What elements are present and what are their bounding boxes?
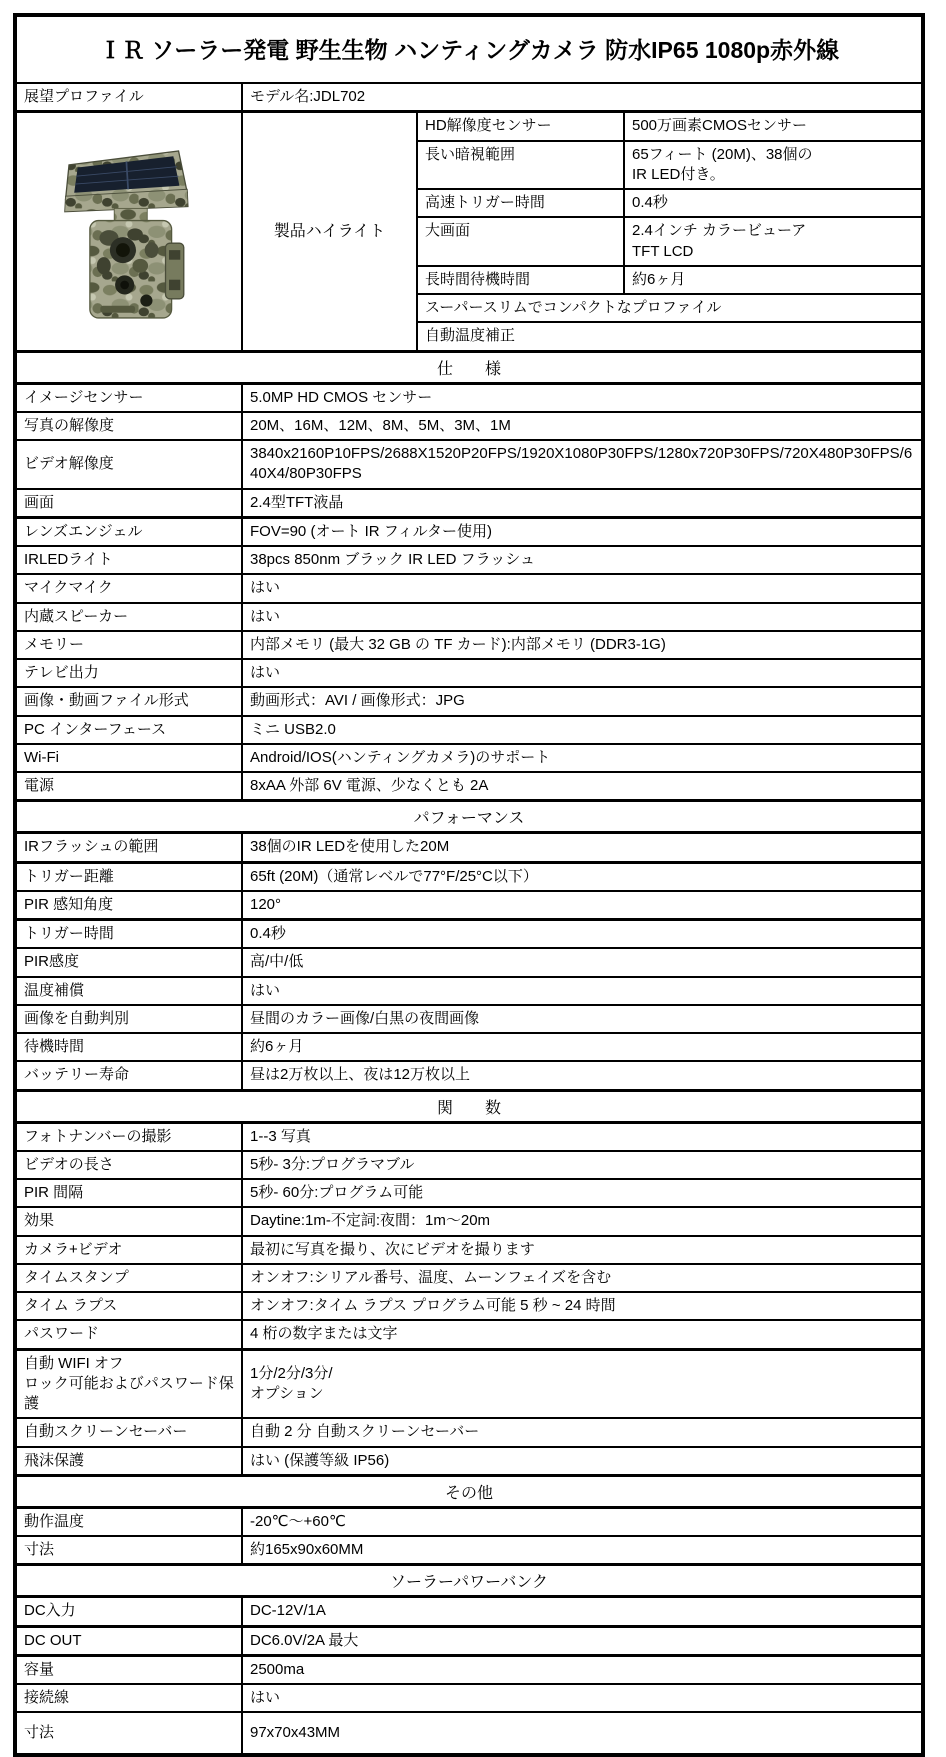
spec-value: Android/IOS(ハンティングカメラ)のサポート [243,745,921,773]
section-rows: フォトナンバーの撮影1--3 写真ビデオの長さ5秒- 3分:プログラマブルPIR… [17,1124,921,1474]
section-rows: IRフラッシュの範囲38個のIR LEDを使用した20Mトリガー距離65ft (… [17,834,921,1088]
highlights-grid: 製品ハイライト HD解像度センサー500万画素CMOSセンサー長い暗視範囲65フ… [17,113,921,349]
spec-label: 画面 [17,490,243,519]
profile-value: モデル名:JDL702 [243,84,921,110]
section-header: 関 数 [17,1089,921,1124]
spec-value: 約165x90x60MM [243,1537,921,1563]
spec-value: Daytine:1m-不定詞:夜間：1m〜20m [243,1208,921,1236]
highlight-value: 2.4インチ カラービューア TFT LCD [625,218,921,267]
spec-label: トリガー距離 [17,864,243,892]
spec-value: オンオフ:シリアル番号、温度、ムーンフェイズを含む [243,1265,921,1293]
spec-label: PIR 間隔 [17,1180,243,1208]
section-header: 仕 様 [17,350,921,385]
product-photo [17,113,243,349]
highlight-full-row: 自動温度補正 [418,323,921,349]
spec-value: 最初に写真を撮り、次にビデオを撮ります [243,1237,921,1265]
spec-value: 20M、16M、12M、8M、5M、3M、1M [243,413,921,441]
spec-label: PIR感度 [17,949,243,977]
spec-sections: 仕 様イメージセンサー5.0MP HD CMOS センサー写真の解像度20M、1… [17,350,921,1754]
highlight-label: 高速トリガー時間 [418,190,625,218]
highlight-label: HD解像度センサー [418,113,625,141]
highlight-label: 長い暗視範囲 [418,142,625,191]
spec-label: ビデオ解像度 [17,441,243,490]
spec-label: 自動スクリーンセーバー [17,1419,243,1447]
spec-value: 昼間のカラー画像/白黒の夜間画像 [243,1006,921,1034]
spec-value: 動画形式：AVI / 画像形式：JPG [243,688,921,716]
spec-value: はい [243,978,921,1006]
highlight-value: 65フィート (20M)、38個の IR LED付き。 [625,142,921,191]
spec-label: IRフラッシュの範囲 [17,834,243,863]
spec-label: 効果 [17,1208,243,1236]
highlight-value: 約6ヶ月 [625,267,921,295]
spec-value: 自動 2 分 自動スクリーンセーバー [243,1419,921,1447]
spec-value: はい [243,660,921,688]
highlight-value: 500万画素CMOSセンサー [625,113,921,141]
spec-label: 電源 [17,773,243,799]
spec-label: 寸法 [17,1537,243,1563]
spec-label: 画像を自動判別 [17,1006,243,1034]
spec-value: 高/中/低 [243,949,921,977]
spec-label: 写真の解像度 [17,413,243,441]
spec-value: ミニ USB2.0 [243,717,921,745]
spec-label: 飛沫保護 [17,1448,243,1474]
spec-label: 接続線 [17,1685,243,1713]
profile-row: 展望プロファイル モデル名:JDL702 [17,84,921,113]
spec-label: DC入力 [17,1598,243,1627]
highlight-label: 長時間待機時間 [418,267,625,295]
spec-label: マイクマイク [17,575,243,603]
spec-label: 自動 WIFI オフ ロック可能およびパスワード保護 [17,1351,243,1420]
spec-value: 約6ヶ月 [243,1034,921,1062]
section-header: パフォーマンス [17,799,921,834]
spec-label: パスワード [17,1321,243,1350]
spec-label: トリガー時間 [17,921,243,949]
spec-value: はい [243,604,921,632]
spec-value: 8xAA 外部 6V 電源、少なくとも 2A [243,773,921,799]
spec-label: タイム ラプス [17,1293,243,1321]
spec-value: 2.4型TFT液晶 [243,490,921,519]
spec-sheet-table: ＩＲ ソーラー発電 野生生物 ハンティングカメラ 防水IP65 1080p赤外線… [13,13,925,1757]
spec-value: 1分/2分/3分/ オプション [243,1351,921,1420]
spec-label: レンズエンジェル [17,519,243,547]
spec-value: 38個のIR LEDを使用した20M [243,834,921,863]
spec-value: 5.0MP HD CMOS センサー [243,385,921,413]
spec-label: DC OUT [17,1628,243,1657]
spec-label: 内蔵スピーカー [17,604,243,632]
spec-value: 4 桁の数字または文字 [243,1321,921,1350]
highlight-full-row: スーパースリムでコンパクトなプロファイル [418,295,921,323]
highlight-label: 大画面 [418,218,625,267]
spec-value: 120° [243,892,921,921]
spec-label: カメラ+ビデオ [17,1237,243,1265]
spec-label: メモリー [17,632,243,660]
spec-label: 温度補償 [17,978,243,1006]
spec-value: 97x70x43MM [243,1713,921,1753]
spec-label: Wi-Fi [17,745,243,773]
spec-value: 5秒- 3分:プログラマブル [243,1152,921,1180]
trail-camera-image [29,131,229,331]
spec-value: 5秒- 60分:プログラム可能 [243,1180,921,1208]
section-header: ソーラーパワーバンク [17,1563,921,1598]
spec-label: タイムスタンプ [17,1265,243,1293]
profile-label: 展望プロファイル [17,84,243,110]
spec-label: 容量 [17,1657,243,1685]
section-rows: DC入力DC-12V/1ADC OUTDC6.0V/2A 最大容量2500ma接… [17,1598,921,1753]
spec-label: 画像・動画ファイル形式 [17,688,243,716]
spec-label: バッテリー寿命 [17,1062,243,1088]
spec-label: イメージセンサー [17,385,243,413]
section-rows: イメージセンサー5.0MP HD CMOS センサー写真の解像度20M、16M、… [17,385,921,800]
spec-value: 1--3 写真 [243,1124,921,1152]
spec-value: FOV=90 (オート IR フィルター使用) [243,519,921,547]
highlight-value: 0.4秒 [625,190,921,218]
spec-value: はい [243,1685,921,1713]
spec-label: 寸法 [17,1713,243,1753]
spec-value: はい (保護等級 IP56) [243,1448,921,1474]
spec-label: 待機時間 [17,1034,243,1062]
spec-value: DC6.0V/2A 最大 [243,1628,921,1657]
spec-value: はい [243,575,921,603]
section-header: その他 [17,1474,921,1509]
spec-label: IRLEDライト [17,547,243,575]
spec-value: 3840x2160P10FPS/2688X1520P20FPS/1920X108… [243,441,921,490]
spec-value: 2500ma [243,1657,921,1685]
spec-label: 動作温度 [17,1509,243,1537]
spec-value: 38pcs 850nm ブラック IR LED フラッシュ [243,547,921,575]
highlights-center-label: 製品ハイライト [243,113,418,349]
spec-value: 65ft (20M)（通常レベルで77°F/25°C以下） [243,864,921,892]
spec-label: PIR 感知角度 [17,892,243,921]
section-rows: 動作温度-20℃〜+60℃寸法約165x90x60MM [17,1509,921,1564]
spec-label: テレビ出力 [17,660,243,688]
spec-value: オンオフ:タイム ラプス プログラム可能 5 秒 ~ 24 時間 [243,1293,921,1321]
spec-value: DC-12V/1A [243,1598,921,1627]
page-title: ＩＲ ソーラー発電 野生生物 ハンティングカメラ 防水IP65 1080p赤外線 [17,17,921,84]
spec-value: 昼は2万枚以上、夜は12万枚以上 [243,1062,921,1088]
spec-label: PC インターフェース [17,717,243,745]
spec-label: ビデオの長さ [17,1152,243,1180]
spec-label: フォトナンバーの撮影 [17,1124,243,1152]
spec-value: -20℃〜+60℃ [243,1509,921,1537]
spec-value: 0.4秒 [243,921,921,949]
spec-value: 内部メモリ (最大 32 GB の TF カード):内部メモリ (DDR3-1G… [243,632,921,660]
